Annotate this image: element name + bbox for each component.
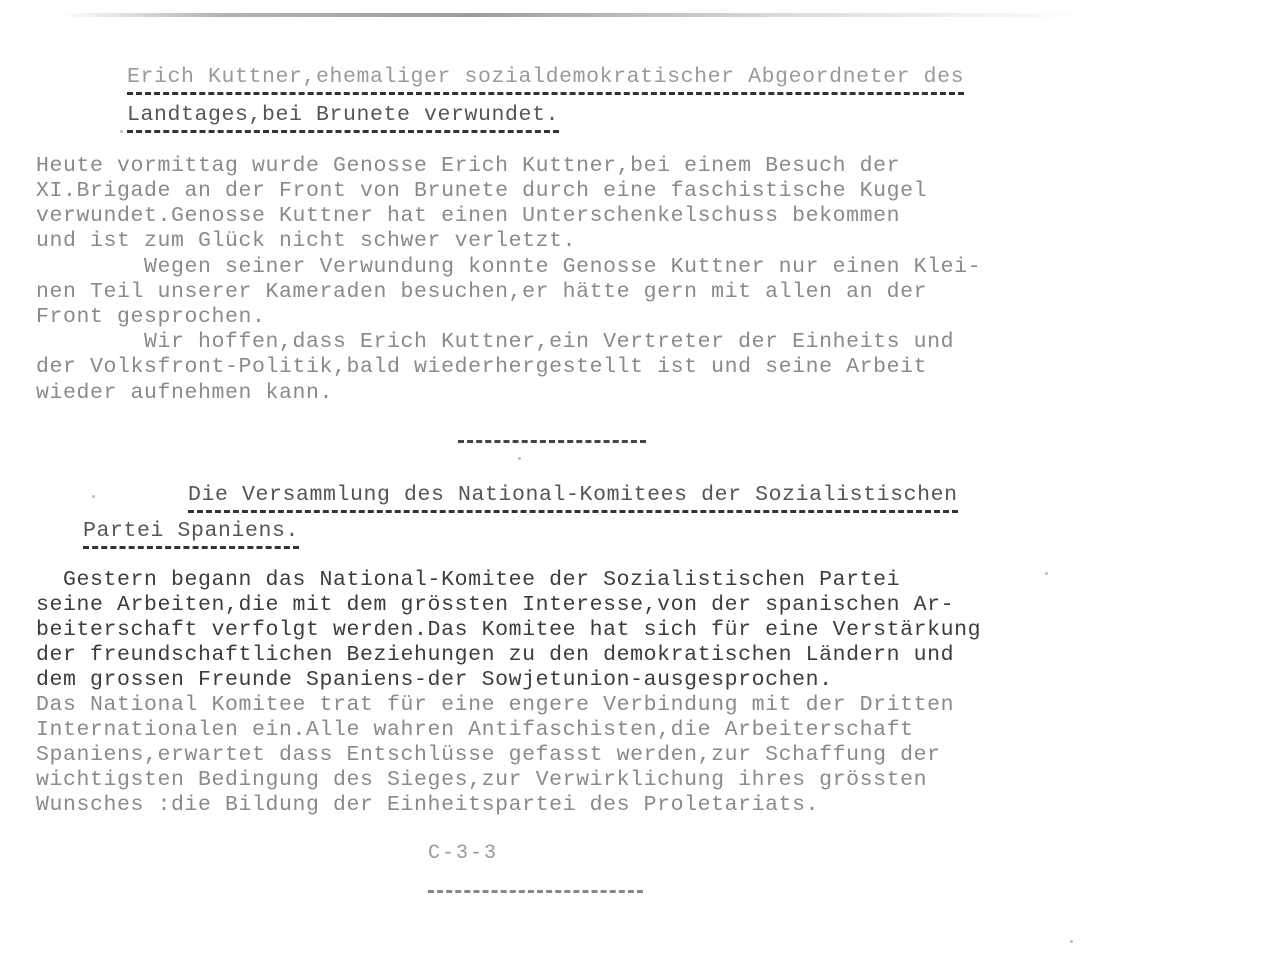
article2-line: Internationalen ein.Alle wahren Antifasc…	[36, 717, 914, 743]
section-separator	[458, 440, 646, 443]
article2-line: beiterschaft verfolgt werden.Das Komitee…	[36, 617, 981, 643]
article1-title-line2: Landtages,bei Brunete verwundet.	[127, 102, 559, 133]
scan-speck	[120, 130, 123, 133]
article2-line: Spaniens,erwartet dass Entschlüsse gefas…	[36, 742, 941, 768]
article1-line: XI.Brigade an der Front von Brunete durc…	[36, 178, 927, 204]
article2-line: wichtigsten Bedingung des Sieges,zur Ver…	[36, 767, 927, 793]
article1-line: Wir hoffen,dass Erich Kuttner,ein Vertre…	[36, 329, 954, 355]
article1-line: verwundet.Genosse Kuttner hat einen Unte…	[36, 203, 900, 229]
article1-line: nen Teil unserer Kameraden besuchen,er h…	[36, 279, 927, 305]
article1-line: wieder aufnehmen kann.	[36, 380, 333, 406]
scan-speck	[92, 495, 95, 498]
scan-speck	[518, 457, 521, 460]
article2-line: seine Arbeiten,die mit dem grössten Inte…	[36, 592, 954, 618]
article2-title-line1: Die Versammlung des National-Komitees de…	[188, 482, 958, 513]
article1-line: Front gesprochen.	[36, 304, 266, 330]
article2-line: dem grossen Freunde Spaniens-der Sowjetu…	[36, 667, 833, 693]
bottom-separator	[428, 890, 643, 893]
article1-line: Heute vormittag wurde Genosse Erich Kutt…	[36, 153, 900, 179]
scan-edge-shadow	[60, 13, 1090, 17]
scan-speck	[1045, 572, 1048, 575]
page-number: C-3-3	[428, 842, 498, 865]
article2-line: Das National Komitee trat für eine enger…	[36, 692, 954, 718]
scan-speck	[1070, 940, 1073, 943]
article1-line: und ist zum Glück nicht schwer verletzt.	[36, 228, 576, 254]
article1-line: Wegen seiner Verwundung konnte Genosse K…	[36, 254, 981, 280]
article1-line: der Volksfront-Politik,bald wiederherges…	[36, 354, 927, 380]
article1-title-line1: Erich Kuttner,ehemaliger sozialdemokrati…	[127, 64, 964, 95]
article2-line: Wunsches :die Bildung der Einheitspartei…	[36, 792, 819, 818]
article2-title-line2: Partei Spaniens.	[83, 518, 299, 549]
article2-line: der freundschaftlichen Beziehungen zu de…	[36, 642, 954, 668]
article2-line: Gestern begann das National-Komitee der …	[36, 567, 900, 593]
document-page: Erich Kuttner,ehemaliger sozialdemokrati…	[0, 0, 1262, 960]
